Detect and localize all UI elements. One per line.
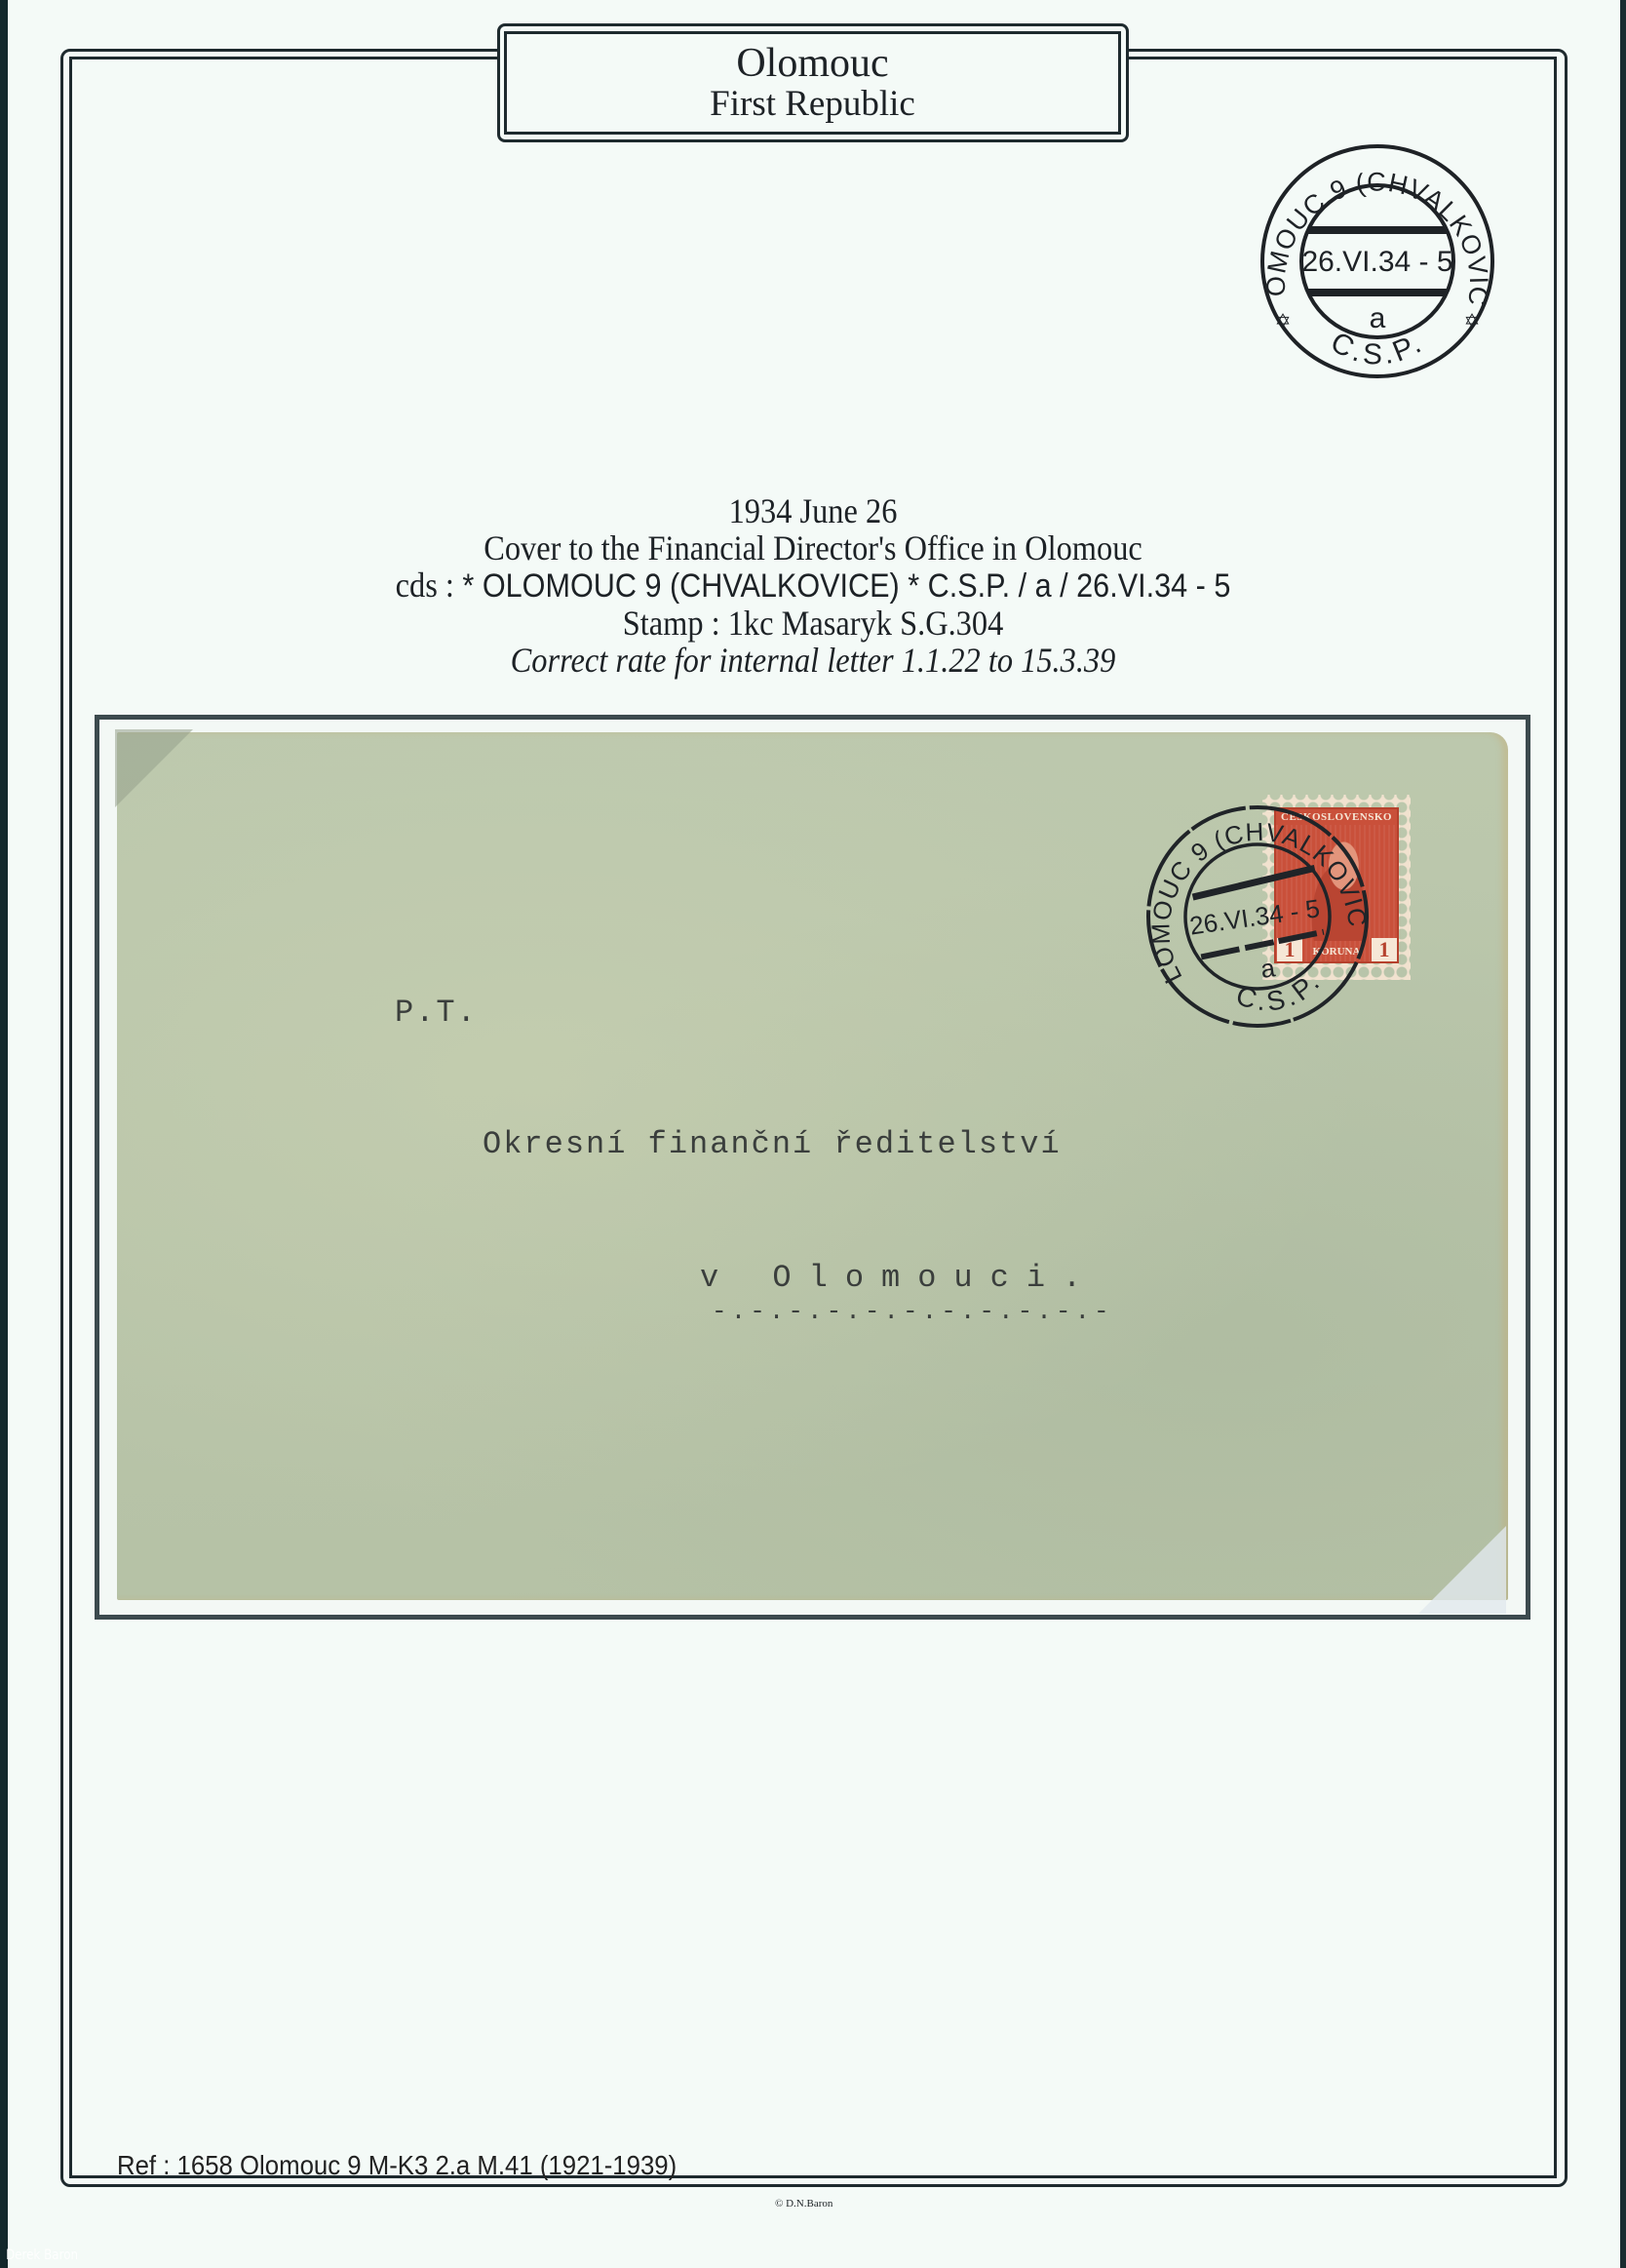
cds-line: cds : * OLOMOUC 9 (CHVALKOVICE) * C.S.P.…: [256, 567, 1369, 605]
reference-note: Ref : 1658 Olomouc 9 M-K3 2.a M.41 (1921…: [117, 2150, 677, 2181]
address-line-office: Okresní finanční ředitelství: [483, 1126, 1062, 1162]
mount-corner: [115, 729, 193, 807]
page-subtitle: First Republic: [710, 85, 915, 124]
address-line-salutation: P.T.: [395, 995, 478, 1031]
envelope-postmark: OLOMOUC 9 (CHVALKOVICE) 26.VI.34 - 5 a C…: [1136, 795, 1379, 1038]
postmark-letter: a: [1370, 302, 1386, 334]
cover-date: 1934 June 26: [256, 492, 1369, 529]
title-box-inner: Olomouc First Republic: [504, 31, 1121, 135]
svg-text:OLOMOUC 9 (CHVALKOVICE): OLOMOUC 9 (CHVALKOVICE): [1246, 137, 1493, 308]
stamp-description: Stamp : 1kc Masaryk S.G.304: [256, 605, 1369, 642]
page-title: Olomouc: [736, 42, 888, 85]
copyright-notice: © D.N.Baron: [775, 2198, 832, 2209]
postmark-date: 26.VI.34 - 5: [1301, 246, 1452, 278]
postmark-bottom-text: C.S.P.: [1228, 963, 1332, 1022]
star-icon: ✡: [1464, 311, 1481, 332]
cds-label: cds :: [396, 566, 454, 605]
address-underline: -.-.-.-.-.-.-.-.-.-.-: [712, 1297, 1113, 1326]
mount-corner: [1418, 1526, 1506, 1614]
cover-description: 1934 June 26 Cover to the Financial Dire…: [195, 492, 1431, 679]
rate-note: Correct rate for internal letter 1.1.22 …: [256, 642, 1369, 679]
svg-text:OLOMOUC 9 (CHVALKOVICE): OLOMOUC 9 (CHVALKOVICE): [1136, 795, 1377, 992]
postmark-ring-text: OLOMOUC 9 (CHVALKOVICE): [1246, 137, 1493, 308]
scan-edge: [0, 0, 8, 2268]
address-line-city: v Olomouci.: [700, 1260, 1099, 1296]
svg-text:C.S.P.: C.S.P.: [1228, 963, 1332, 1022]
postmark-ring-text: OLOMOUC 9 (CHVALKOVICE): [1136, 795, 1377, 992]
cds-value: * OLOMOUC 9 (CHVALKOVICE) * C.S.P. / a /…: [454, 567, 1230, 605]
cover-title: Cover to the Financial Director's Office…: [256, 529, 1369, 567]
postmark-letter: a: [1258, 953, 1277, 984]
star-icon: ✡: [1275, 311, 1292, 332]
watermark: Derek Baron: [6, 2248, 78, 2263]
postmark-illustration: OLOMOUC 9 (CHVALKOVICE) 26.VI.34 - 5 a ✡…: [1246, 137, 1509, 390]
scan-edge: [1620, 0, 1626, 2268]
